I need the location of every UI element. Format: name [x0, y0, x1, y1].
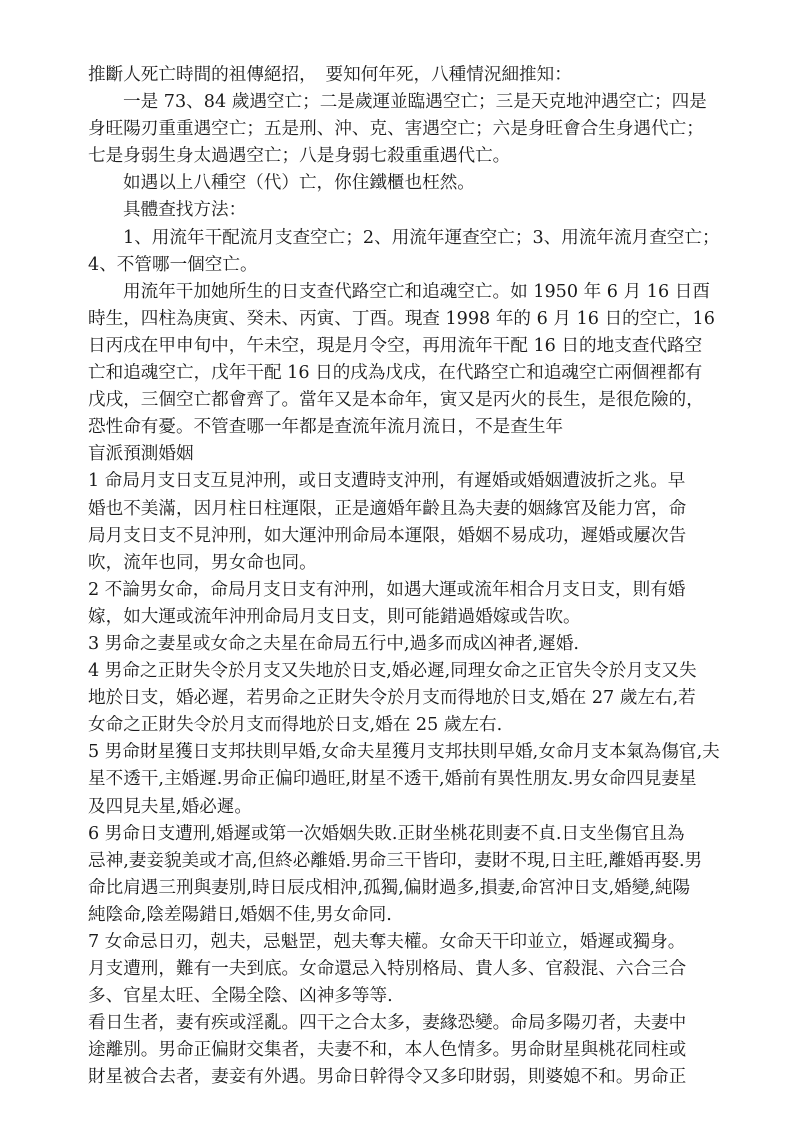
text-line: 6 男命日支遭刑,婚遲或第一次婚姻失敗.正財坐桃花則妻不貞.日支坐傷官且為 — [88, 821, 738, 848]
text-line: 途離別。男命正偏財交集者，夫妻不和，本人色情多。男命財星與桃花同柱或 — [88, 1037, 738, 1064]
text-line: 4 男命之正財失令於月支又失地於日支,婚必遲,同理女命之正官失令於月支又失 — [88, 658, 738, 685]
text-line: 一是 73、84 歲遇空亡；二是歲運並臨遇空亡；三是天克地沖遇空亡；四是 — [88, 89, 738, 116]
text-line: 命比肩遇三刑與妻別,時日辰戌相沖,孤獨,偏財過多,損妻,命宮沖日支,婚變,純陽 — [88, 875, 738, 902]
text-line: 婚也不美滿，因月柱日柱運限，正是適婚年齡且為夫妻的姻緣宮及能力宮，命 — [88, 496, 738, 523]
text-line: 及四見夫星,婚必遲。 — [88, 794, 738, 821]
text-line: 戊戌，三個空亡都會齊了。當年又是本命年，寅又是丙火的長生，是很危險的， — [88, 387, 738, 414]
text-line: 身旺陽刃重重遇空亡；五是刑、沖、克、害遇空亡；六是身旺會合生身遇代亡； — [88, 116, 738, 143]
text-line: 局月支日支不見沖刑，如大運沖刑命局本運限，婚姻不易成功，遲婚或屢次告 — [88, 523, 738, 550]
text-line: 恐性命有憂。不管查哪一年都是查流年流月流日，不是查生年 — [88, 414, 738, 441]
text-line: 亡和追魂空亡，戊年干配 16 日的戌為戊戌，在代路空亡和追魂空亡兩個裡都有 — [88, 360, 738, 387]
text-line: 推斷人死亡時間的祖傳絕招， 要知何年死，八種情況細推知： — [88, 62, 738, 89]
text-line: 女命之正財失令於月支而得地於日支,婚在 25 歲左右. — [88, 712, 738, 739]
text-line: 看日生者，妻有疾或淫亂。四干之合太多，妻緣恐變。命局多陽刃者，夫妻中 — [88, 1010, 738, 1037]
text-line: 7 女命忌日刃，剋夫，忌魁罡，剋夫奪夫權。女命天干印並立，婚遲或獨身。 — [88, 929, 738, 956]
document-page: 推斷人死亡時間的祖傳絕招， 要知何年死，八種情況細推知：一是 73、84 歲遇空… — [88, 62, 738, 1092]
text-line: 忌神,妻妾貌美或才高,但終必離婚.男命三干皆印，妻財不現,日主旺,離婚再娶.男 — [88, 848, 738, 875]
text-line: 多、官星太旺、全陽全陰、凶神多等等. — [88, 983, 738, 1010]
text-line: 1 命局月支日支互見沖刑，或日支遭時支沖刑，有遲婚或婚姻遭波折之兆。早 — [88, 468, 738, 495]
text-line: 地於日支，婚必遲，若男命之正財失令於月支而得地於日支,婚在 27 歲左右,若 — [88, 685, 738, 712]
text-line: 用流年干加她所生的日支查代路空亡和追魂空亡。如 1950 年 6 月 16 日酉 — [88, 279, 738, 306]
text-line: 2 不論男女命，命局月支日支有沖刑，如遇大運或流年相合月支日支，則有婚 — [88, 577, 738, 604]
text-line: 3 男命之妻星或女命之夫星在命局五行中,過多而成凶神者,遲婚. — [88, 631, 738, 658]
text-line: 七是身弱生身太過遇空亡；八是身弱七殺重重遇代亡。 — [88, 143, 738, 170]
text-line: 1、用流年干配流月支查空亡；2、用流年運查空亡；3、用流年流月查空亡； — [88, 225, 738, 252]
text-line: 純陰命,陰差陽錯日,婚姻不佳,男女命同. — [88, 902, 738, 929]
text-line: 財星被合去者，妻妾有外遇。男命日幹得令又多印財弱，則婆媳不和。男命正 — [88, 1064, 738, 1091]
text-line: 5 男命財星獲日支邦扶則早婚,女命夫星獲月支邦扶則早婚,女命月支本氣為傷官,夫 — [88, 739, 738, 766]
text-line: 月支遭刑，難有一夫到底。女命還忌入特別格局、貴人多、官殺混、六合三合 — [88, 956, 738, 983]
text-line: 星不透干,主婚遲.男命正偏印過旺,財星不透干,婚前有異性朋友.男女命四見妻星 — [88, 766, 738, 793]
text-line: 4、不管哪一個空亡。 — [88, 252, 738, 279]
text-line: 時生，四柱為庚寅、癸未、丙寅、丁酉。現查 1998 年的 6 月 16 日的空亡… — [88, 306, 738, 333]
text-line: 盲派預測婚姻 — [88, 441, 738, 468]
text-line: 具體查找方法： — [88, 197, 738, 224]
text-line: 日丙戌在甲申旬中，午未空，現是月令空，再用流年干配 16 日的地支查代路空 — [88, 333, 738, 360]
text-line: 嫁，如大運或流年沖刑命局月支日支，則可能錯過婚嫁或告吹。 — [88, 604, 738, 631]
text-line: 吹，流年也同，男女命也同。 — [88, 550, 738, 577]
text-line: 如遇以上八種空（代）亡，你住鐵櫃也枉然。 — [88, 170, 738, 197]
